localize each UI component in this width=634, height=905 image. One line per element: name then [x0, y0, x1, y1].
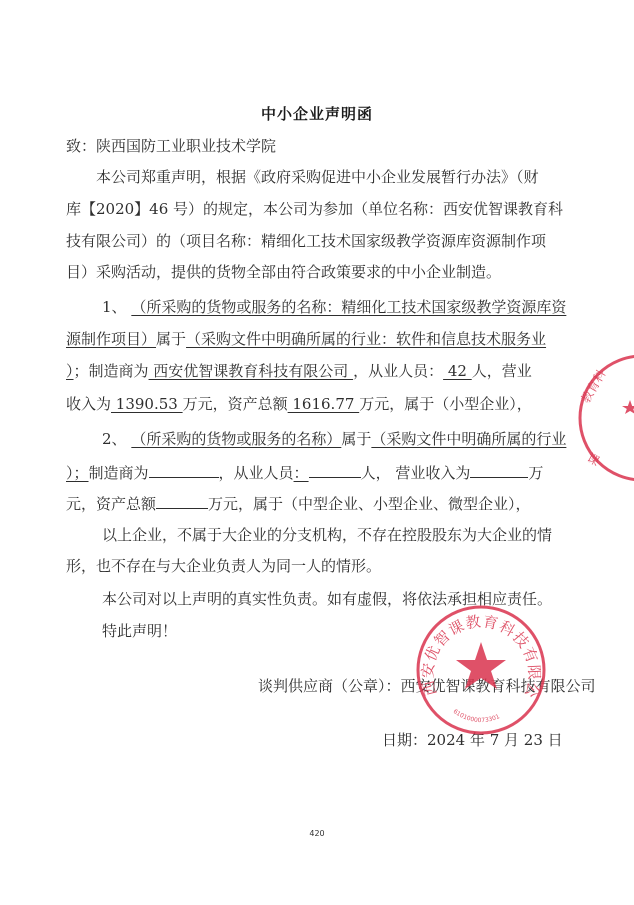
intro-line-4: 目）采购活动，提供的货物全部由符合政策要求的中小企业制造。 [66, 263, 501, 281]
item2-belongs-label: 属于 [341, 430, 371, 448]
item2-employees-unit: 人， 营业收入为 [361, 464, 471, 482]
addressee: 致：陕西国防工业职业技术学院 [66, 137, 276, 155]
item2-employees-blank [309, 462, 361, 478]
signature-date: 日期：2024 年 7 月 23 日 [382, 731, 563, 749]
item1-belongs-label: 属于 [156, 330, 186, 348]
page-number: 420 [0, 829, 634, 838]
item1-employees-label: ，从业人员： [353, 362, 443, 380]
item1-employees: 42 [443, 362, 472, 380]
item1-goods-name-cont: 源制作项目） [66, 330, 156, 348]
item2-manufacturer-blank [149, 462, 219, 478]
item1-revenue: 1390.53 [111, 395, 183, 413]
item1-assets-unit: 万元，属于（小型企业）， [359, 395, 532, 413]
intro-line-1: 本公司郑重声明，根据《政府采购促进中小企业发展暂行办法》（财 [96, 168, 539, 186]
item2-employees-colon: ： [294, 464, 309, 482]
item1-manufacturer-label: ；制造商为 [74, 362, 149, 380]
statement-line-1: 以上企业，不属于大企业的分支机构，不存在控股股东为大企业的情 [102, 526, 552, 544]
item2-revenue-blank [470, 462, 528, 478]
item2-revenue-unit-cont: 元，资产总额 [66, 495, 156, 513]
statement-line-3: 本公司对以上声明的真实性负责。如有虚假，将依法承担相应责任。 [102, 590, 552, 608]
company-seal-icon: 西安优智课教育科技有限公司 6101000073301 [413, 602, 549, 738]
item2-line-2: ）；制造商为，从业人员：人， 营业收入为万 [66, 462, 543, 482]
item1-industry: （采购文件中明确所属的行业：软件和信息技术服务业 [186, 330, 546, 348]
edge-seal-icon: 教育科 课 [574, 348, 634, 488]
item1-employees-unit: 人，营业 [472, 362, 532, 380]
item2-industry: （采购文件中明确所属的行业 [371, 430, 566, 448]
intro-line-2: 库【2020】46 号）的规定，本公司为参加（单位名称：西安优智课教育科 [66, 200, 563, 218]
item1-line-1: 1、 （所采购的货物或服务的名称：精细化工技术国家级教学资源库资 [102, 298, 566, 316]
item1-line-4: 收入为 1390.53 万元，资产总额 1616.77 万元，属于（小型企业）， [66, 395, 532, 413]
item2-manufacturer-label: 制造商为 [89, 464, 149, 482]
item1-manufacturer: 西安优智课教育科技有限公司 [149, 362, 354, 380]
svg-text:教育科: 教育科 [578, 367, 609, 406]
item1-industry-close: ） [66, 362, 74, 380]
item1-line-2: 源制作项目）属于（采购文件中明确所属的行业：软件和信息技术服务业 [66, 330, 546, 348]
item1-assets: 1616.77 [288, 395, 360, 413]
document-page: 中小企业声明函 致：陕西国防工业职业技术学院 本公司郑重声明，根据《政府采购促进… [0, 0, 634, 905]
intro-line-3: 技有限公司）的（项目名称：精细化工技术国家级教学资源库资源制作项 [66, 232, 546, 250]
item1-revenue-unit: 万元，资产总额 [183, 395, 288, 413]
svg-text:6101000073301: 6101000073301 [452, 708, 501, 724]
item2-industry-close: ）； [66, 464, 89, 482]
statement-line-4: 特此声明！ [102, 622, 177, 640]
svg-text:课: 课 [585, 450, 602, 468]
item1-goods-name: （所采购的货物或服务的名称：精细化工技术国家级教学资源库资 [131, 298, 566, 316]
document-title: 中小企业声明函 [0, 103, 634, 124]
item2-revenue-unit: 万 [528, 464, 543, 482]
item2-employees-label: ，从业人员 [219, 464, 294, 482]
statement-line-2: 形，也不存在与大企业负责人为同一人的情形。 [66, 557, 381, 575]
item2-line-3: 元，资产总额万元，属于（中型企业、小型企业、微型企业）， [66, 493, 531, 513]
item2-goods-name: （所采购的货物或服务的名称） [131, 430, 341, 448]
item1-number: 1、 [102, 298, 127, 316]
item1-line-3: ）；制造商为 西安优智课教育科技有限公司 ，从业人员： 42 人，营业 [66, 362, 532, 380]
item1-revenue-label: 收入为 [66, 395, 111, 413]
item2-number: 2、 [102, 430, 127, 448]
supplier-signature: 谈判供应商（公章）：西安优智课教育科技有限公司 [258, 677, 596, 695]
item2-line-1: 2、 （所采购的货物或服务的名称）属于（采购文件中明确所属的行业 [102, 430, 566, 448]
item2-assets-blank [156, 493, 208, 509]
item2-assets-unit: 万元，属于（中型企业、小型企业、微型企业）， [208, 495, 531, 513]
